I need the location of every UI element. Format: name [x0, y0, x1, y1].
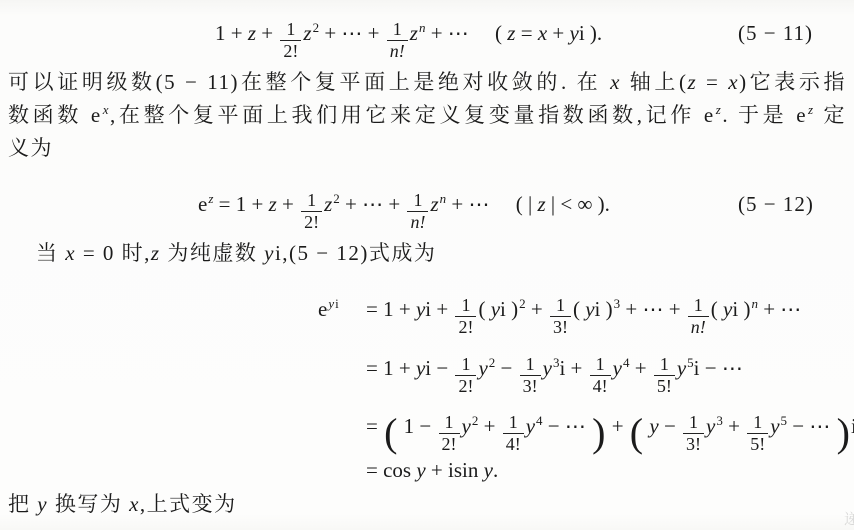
math-token: i + — [425, 297, 453, 321]
fraction: 12! — [301, 191, 322, 232]
math-token: = 0 时, — [76, 241, 151, 265]
math-token: x — [538, 21, 547, 45]
math-token: z — [248, 21, 256, 45]
math-token: 轴上( — [621, 70, 688, 94]
math-token: + — [526, 297, 548, 321]
derivation-line-4: = cos y + isin y. — [366, 445, 498, 495]
math-token: 2 — [313, 20, 320, 35]
fraction: 14! — [590, 355, 611, 396]
math-token: + — [256, 21, 278, 45]
math-token: 1 − — [398, 414, 436, 438]
fraction: 12! — [280, 20, 301, 61]
scan-edge-artifact: 递 — [844, 508, 854, 529]
math-token: i ) — [595, 297, 613, 321]
math-token: ( — [711, 297, 723, 321]
math-token: 5 — [781, 413, 788, 428]
fraction: 14! — [503, 413, 524, 454]
math-token: + — [629, 356, 651, 380]
math-token: 3 — [614, 296, 621, 311]
textbook-page: 1 + z + 12!z2 + ⋯ + 1n!zn + ⋯ ( z = x + … — [0, 0, 854, 530]
math-token: y — [677, 356, 686, 380]
math-token: 4 — [623, 355, 630, 370]
fraction: 13! — [520, 355, 541, 396]
math-token: )它表示指 — [739, 70, 846, 94]
math-token: . — [493, 458, 498, 482]
math-token: i ) — [500, 297, 518, 321]
math-token: z — [808, 102, 815, 117]
display-formula-5-11: 1 + z + 12!z2 + ⋯ + 1n!zn + ⋯ ( z = x + … — [215, 8, 602, 58]
math-token: − ⋯ — [787, 414, 836, 438]
math-token: i − ⋯ — [694, 356, 743, 380]
math-token: 把 — [8, 492, 37, 516]
fraction: 1n! — [387, 20, 408, 61]
math-token: z — [410, 21, 418, 45]
math-token: = — [697, 70, 728, 94]
math-token: i — [335, 296, 339, 311]
math-token: y — [543, 356, 552, 380]
math-token: = — [366, 414, 383, 438]
math-token: 1 + — [215, 21, 248, 45]
math-token: ) — [836, 410, 851, 455]
math-token: i ) — [732, 297, 750, 321]
math-token: 当 — [36, 241, 65, 265]
paragraph-3: 把 y 换写为 x,上式变为 — [8, 491, 846, 517]
math-token: + ⋯ ( — [425, 21, 507, 45]
math-token: + ⋯ — [758, 297, 801, 321]
math-token: = — [515, 21, 537, 45]
math-token: 义为 — [8, 136, 53, 160]
math-token: 2 — [489, 355, 496, 370]
math-token: 数函数 e — [8, 103, 102, 127]
math-token: z — [208, 191, 213, 206]
math-token: z — [537, 192, 545, 216]
math-token: 可以证明级数(5 − 11)在整个复平面上是绝对收敛的. 在 — [8, 70, 610, 94]
math-token: + — [723, 414, 745, 438]
math-token: 3 — [716, 413, 723, 428]
math-token: + ⋯ ( | — [446, 192, 537, 216]
math-token: z — [430, 192, 438, 216]
math-token: 为纯虚数 — [161, 241, 265, 265]
fraction: 13! — [683, 413, 704, 454]
math-token: y — [526, 414, 535, 438]
math-token: z — [303, 21, 311, 45]
math-token: n — [440, 191, 447, 206]
math-token: − — [495, 356, 517, 380]
math-token: 定 — [815, 103, 846, 127]
math-token: + ⋯ + — [340, 192, 406, 216]
fraction: 1n! — [407, 191, 428, 232]
math-token: = cos — [366, 458, 416, 482]
math-token: + ⋯ + — [319, 21, 385, 45]
fraction: 12! — [455, 296, 476, 337]
math-token: 换写为 — [48, 492, 129, 516]
math-token: y — [613, 356, 622, 380]
math-token: ( — [573, 297, 585, 321]
math-token: y — [37, 492, 48, 516]
display-formula-5-12: ez = 1 + z + 12!z2 + ⋯ + 1n!zn + ⋯ ( | z… — [198, 179, 610, 229]
math-token: 5 — [687, 355, 694, 370]
math-token: x — [129, 492, 140, 516]
formula-number-5-12: (5 − 12) — [738, 179, 814, 229]
math-token: y — [585, 297, 594, 321]
math-token: + — [277, 192, 299, 216]
math-token: y — [569, 21, 578, 45]
math-token: = 1 + — [366, 297, 416, 321]
math-token: − ⋯ — [543, 414, 592, 438]
math-token: ) — [591, 410, 606, 455]
math-token: = 1 + — [366, 356, 416, 380]
math-token: ,在整个复平面上我们用它来定义复变量指数函数,记作 e — [110, 103, 715, 127]
math-token: z — [687, 70, 697, 94]
formula-number-5-11: (5 − 11) — [738, 8, 813, 58]
derivation-line-1: = 1 + yi + 12!( yi )2 + 13!( yi )3 + ⋯ +… — [366, 284, 801, 334]
math-token: z — [269, 192, 277, 216]
math-token: z — [716, 102, 723, 117]
fraction: 13! — [550, 296, 571, 337]
math-token: i,(5 − 12)式成为 — [275, 241, 436, 265]
math-token: ( — [629, 410, 644, 455]
math-token: n — [751, 296, 758, 311]
fraction: 15! — [654, 355, 675, 396]
math-token: . 于是 e — [722, 103, 807, 127]
fraction: 12! — [455, 355, 476, 396]
math-token: + ⋯ + — [620, 297, 686, 321]
math-token: n — [419, 20, 426, 35]
math-token: x — [103, 102, 110, 117]
math-token: x — [65, 241, 76, 265]
paragraph-1-line-1: 可以证明级数(5 − 11)在整个复平面上是绝对收敛的. 在 x 轴上(z = … — [8, 69, 846, 95]
math-token: 4 — [536, 413, 543, 428]
math-token: + isin — [426, 458, 484, 482]
math-token: 2 — [333, 191, 340, 206]
math-token: i − — [425, 356, 453, 380]
math-token: z — [151, 241, 161, 265]
math-token: + — [547, 21, 569, 45]
math-token: y — [491, 297, 500, 321]
math-token: + — [478, 414, 500, 438]
math-token: ,上式变为 — [140, 492, 237, 516]
math-token: y — [416, 458, 425, 482]
derivation-line-2: = 1 + yi − 12!y2 − 13!y3i + 14!y4 + 15!y… — [366, 343, 743, 393]
paragraph-1-line-2: 数函数 ex,在整个复平面上我们用它来定义复变量指数函数,记作 ez. 于是 e… — [8, 102, 846, 131]
math-token: z — [324, 192, 332, 216]
fraction: 15! — [747, 413, 768, 454]
math-token: ( — [478, 297, 490, 321]
math-token: − — [659, 414, 681, 438]
math-token: y — [770, 414, 779, 438]
paragraph-1-line-3: 义为 — [8, 135, 846, 161]
math-token: i ). — [579, 21, 602, 45]
math-token: x — [728, 70, 739, 94]
math-token: y — [328, 296, 334, 311]
math-token: y — [462, 414, 471, 438]
math-token: + — [606, 414, 628, 438]
math-token: y — [649, 414, 658, 438]
derivation-line-3: = ( 1 − 12!y2 + 14!y4 − ⋯ ) + ( y − 13!y… — [366, 401, 854, 451]
math-token: y — [478, 356, 487, 380]
math-token: 2 — [519, 296, 526, 311]
math-token: e — [198, 192, 207, 216]
math-token: y — [264, 241, 275, 265]
math-token: y — [706, 414, 715, 438]
math-token: x — [610, 70, 621, 94]
fraction: 1n! — [688, 296, 709, 337]
math-token: y — [484, 458, 493, 482]
math-token: e — [318, 297, 327, 321]
math-token: 3 — [553, 355, 560, 370]
derivation-lhs-e-power-yi: eyi — [318, 284, 339, 334]
math-token: 2 — [472, 413, 479, 428]
math-token: y — [416, 297, 425, 321]
math-token: y — [723, 297, 732, 321]
math-token: i + — [559, 356, 587, 380]
math-token: y — [416, 356, 425, 380]
paragraph-2: 当 x = 0 时,z 为纯虚数 yi,(5 − 12)式成为 — [36, 240, 436, 266]
math-token: = 1 + — [213, 192, 268, 216]
math-token: | < ∞ ). — [546, 192, 610, 216]
